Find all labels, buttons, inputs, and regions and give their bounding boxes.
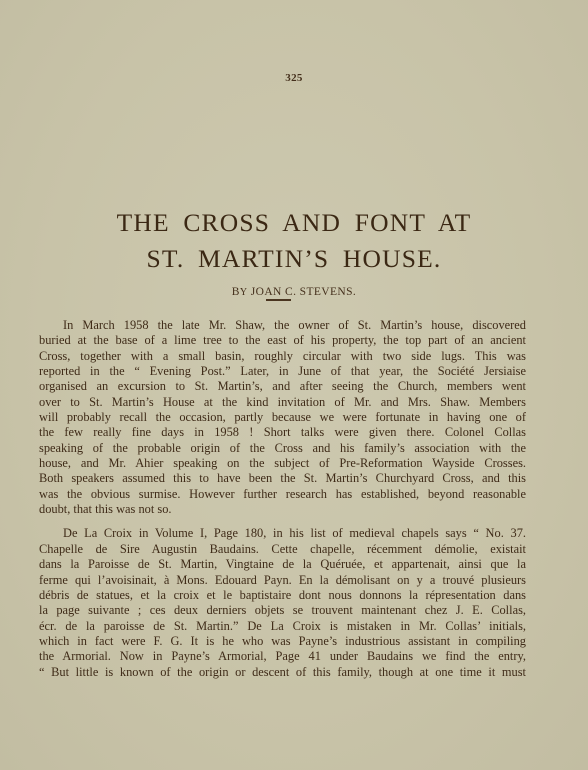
text-line: organised an excursion to St. Martin’s, …	[39, 379, 526, 394]
text-line: débris de statues, et la croix et le bap…	[39, 588, 526, 603]
page-number: 325	[0, 72, 588, 84]
article-title-line-2: ST. MARTIN’S HOUSE.	[0, 241, 588, 277]
text-line: dans la Paroisse de St. Martin, Vingtain…	[39, 557, 526, 572]
text-line: house, and Mr. Ahier speaking on the sub…	[39, 456, 526, 471]
text-line: the Armorial. Now in Payne’s Armorial, P…	[39, 649, 526, 664]
text-line: the few really fine days in 1958 ! Short…	[39, 425, 526, 440]
text-line: écr. de la paroisse de St. Martin.” De L…	[39, 619, 526, 634]
paragraph-2: De La Croix in Volume I, Page 180, in hi…	[39, 526, 526, 679]
text-line: la page suivante ; ces deux derniers obj…	[39, 603, 526, 618]
text-line: Chapelle de Sire Augustin Baudains. Cett…	[39, 542, 526, 557]
text-line: De La Croix in Volume I, Page 180, in hi…	[39, 526, 526, 541]
article-title: THE CROSS AND FONT AT ST. MARTIN’S HOUSE…	[0, 205, 588, 277]
text-line: doubt, that this was not so.	[39, 502, 526, 517]
article-title-line-1: THE CROSS AND FONT AT	[0, 205, 588, 241]
byline-prefix-small: Y	[240, 287, 248, 298]
text-line: will probably recall the occasion, partl…	[39, 410, 526, 425]
text-line: In March 1958 the late Mr. Shaw, the own…	[39, 318, 526, 333]
text-line: “ But little is known of the origin or d…	[39, 665, 526, 680]
text-line: speaking of the probable origin of the C…	[39, 441, 526, 456]
article-body: In March 1958 the late Mr. Shaw, the own…	[39, 318, 526, 680]
text-line: Cross, together with a small basin, roug…	[39, 349, 526, 364]
section-divider	[266, 299, 291, 301]
text-line: buried at the base of a lime tree to the…	[39, 333, 526, 348]
text-line: ferme qui l’avoisinait, à Mons. Edouard …	[39, 573, 526, 588]
paragraph-1: In March 1958 the late Mr. Shaw, the own…	[39, 318, 526, 517]
text-line: over to St. Martin’s House at the kind i…	[39, 395, 526, 410]
text-line: was the obvious surmise. However further…	[39, 487, 526, 502]
text-line: which in fact were F. G. It is he who wa…	[39, 634, 526, 649]
author-name: JOAN C. STEVENS.	[251, 286, 356, 298]
text-line: reported in the “ Evening Post.” Later, …	[39, 364, 526, 379]
byline-prefix-cap: B	[232, 286, 240, 298]
author-byline: BY JOAN C. STEVENS.	[0, 286, 588, 298]
text-line: Both speakers assumed this to have been …	[39, 471, 526, 486]
